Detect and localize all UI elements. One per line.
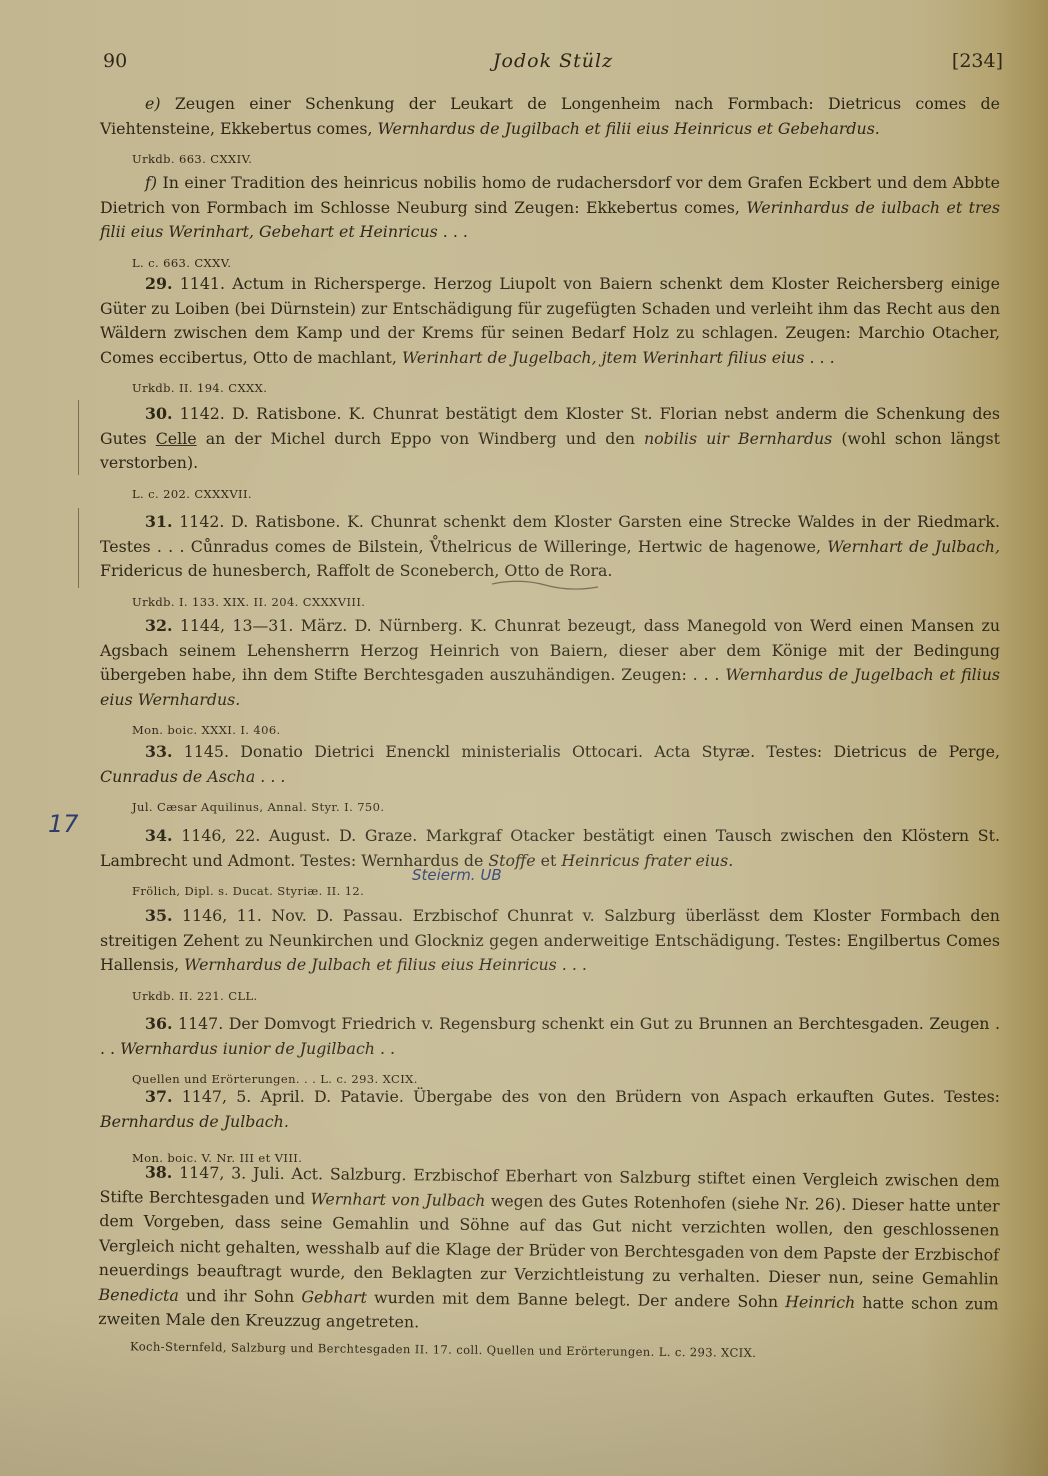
entry-label: e) [145,94,161,113]
entry-31: 31. 1142. D. Ratisbone. K. Chunrat schen… [100,510,1000,614]
entry-text: und ihr Sohn [186,1285,294,1305]
entry-text: et [541,851,557,870]
underlined-word: Celle [156,429,197,448]
running-title: Jodok Stülz [103,50,1003,72]
entry-italic-text: Wernhardus iunior de Jugilbach . . [120,1039,395,1058]
source-citation: L. c. 202. CXXXVII. [132,482,1000,507]
entry-number: 37. [145,1087,172,1106]
entry-number: 31. [145,512,172,531]
source-citation: Urkdb. I. 133. XIX. II. 204. CXXXVIII. [132,590,1000,615]
entry-italic-text: Wernhart von Julbach [310,1189,485,1210]
entry-35: 35. 1146, 11. Nov. D. Passau. Erzbischof… [100,904,1000,1008]
source-citation: Mon. boic. XXXI. I. 406. [132,718,1000,743]
entry-text: an der Michel durch Eppo von Windberg un… [206,429,635,448]
margin-pencil-line [78,400,79,475]
source-citation: Urkdb. 663. CXXIV. [132,147,1000,172]
source-citation: Jul. Cæsar Aquilinus, Annal. Styr. I. 75… [132,795,1000,820]
margin-handwritten-number: 17 [48,810,79,838]
entry-italic-text: Heinrich [785,1292,855,1312]
entry-italic-text: Wernhardus de Jugilbach et filii eius He… [378,119,880,138]
source-citation: Urkdb. II. 194. CXXX. [132,376,1000,401]
entry-32: 32. 1144, 13—31. März. D. Nürnberg. K. C… [100,614,1000,743]
entry-italic-text: Benedicta [98,1284,178,1304]
entry-30: 30. 1142. D. Ratisbone. K. Chunrat bestä… [100,402,1000,506]
book-page: 90 Jodok Stülz [234] e) Zeugen einer Sch… [0,0,1048,1476]
entry-number: 35. [145,906,172,925]
entry-text: wurden mit dem Banne belegt. Der andere … [374,1287,778,1310]
entry-number: 29. [145,274,172,293]
entry-number: 36. [145,1014,172,1033]
entry-italic-text: nobilis uir Bernhardus [644,429,832,448]
bracket-page-number: [234] [952,50,1003,72]
entry-e: e) Zeugen einer Schenkung der Leukart de… [100,92,1000,172]
entry-number: 38. [145,1162,173,1181]
entry-number: 30. [145,404,172,423]
entry-italic-text: Gebhart [301,1287,367,1307]
entry-29: 29. 1141. Actum in Richersperge. Herzog … [100,272,1000,401]
handwritten-note: Steierm. UB [412,866,502,884]
entry-36: 36. 1147. Der Domvogt Friedrich v. Regen… [100,1012,1000,1092]
entry-italic-text: Werinhart de Jugelbach, jtem Werinhart f… [402,348,835,367]
entry-italic-text: Wernhardus de Julbach et filius eius Hei… [184,955,587,974]
entry-italic-text: Bernhardus de Julbach. [100,1112,289,1131]
entry-italic-text: Cunradus de Ascha . . . [100,767,285,786]
entry-italic-text: Wernhart de Julbach, [827,537,1000,556]
margin-pencil-line [78,508,79,588]
entry-number: 32. [145,616,172,635]
entry-italic-text: Heinricus frater eius. [561,851,733,870]
entry-34: 34. 1146, 22. August. D. Graze. Markgraf… [100,824,1000,904]
entry-number: 33. [145,742,172,761]
source-citation: Frölich, Dipl. s. Ducat. Styriæ. II. 12. [132,879,1000,904]
entry-f: f) In einer Tradition des heinricus nobi… [100,171,1000,275]
entry-label: f) [145,173,157,192]
pencil-squiggle-icon [490,578,600,592]
entry-33: 33. 1145. Donatio Dietrici Enenckl minis… [100,740,1000,820]
entry-number: 34. [145,826,172,845]
entry-37: 37. 1147, 5. April. D. Patavie. Übergabe… [100,1085,1000,1171]
entry-text: 1147, 5. April. D. Patavie. Übergabe des… [182,1087,1000,1106]
source-citation: Urkdb. II. 221. CLL. [132,984,1000,1009]
entry-38: 38. 1147, 3. Juli. Act. Salzburg. Erzbis… [98,1160,1000,1367]
running-header: 90 Jodok Stülz [234] [103,50,1003,76]
entry-text: 1145. Donatio Dietrici Enenckl ministeri… [184,742,1000,761]
